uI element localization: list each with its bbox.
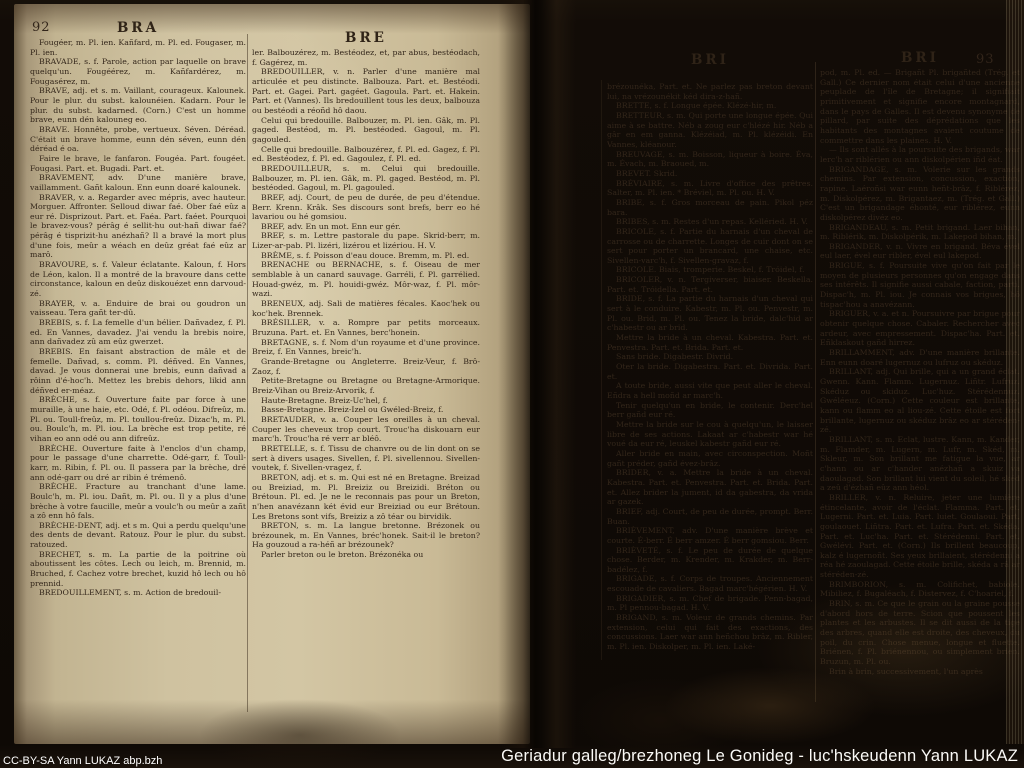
dictionary-entry: Tenir quelqu'un en bride, le contenir. D… — [607, 401, 813, 420]
dictionary-entry: Oter la bride. Digabestra. Part. et. Div… — [607, 362, 813, 381]
dictionary-entry: BREBIS, s. f. La femelle d'un bélier. Da… — [30, 318, 246, 347]
dictionary-entry: BRIN, s. m. Ce que le grain ou la graine… — [820, 599, 1020, 667]
dictionary-entry: BRILLAMMENT, adv. D'une manière brillant… — [820, 348, 1020, 367]
dictionary-entry: BRÈCHE-DENT, adj. et s m. Qui a perdu qu… — [30, 521, 246, 550]
dictionary-entry: BRIÈVEMENT, adv. D'une manière brève et … — [607, 526, 813, 545]
dictionary-entry: BRETAUDER, v. a. Couper les oreilles à u… — [252, 415, 480, 444]
dictionary-entry: BRETTEUR, s. m. Qui porte une longue épé… — [607, 111, 813, 150]
dictionary-entry: BRETON, adj. et s. m. Qui est né en Bret… — [252, 473, 480, 521]
dictionary-entry: Mettre la bride à un cheval. Kabestra. P… — [607, 333, 813, 352]
dictionary-entry: BRIMBORION, s. m. Colifichet, babiole. M… — [820, 580, 1020, 599]
dictionary-entry: Fougéer, m. Pl. ien. Kañfard, m. Pl. ed.… — [30, 38, 246, 57]
dictionary-entry: BRAVE, adj. et s. m. Vaillant, courageux… — [30, 86, 246, 125]
dictionary-entry: BRAYER, v. a. Enduire de brai ou goudron… — [30, 299, 246, 318]
dictionary-entry: BRÉVIAIRE, s. m. Livre d'office des prêt… — [607, 179, 813, 198]
dictionary-entry: BRETELLE, s. f. Tissu de chanvre ou de l… — [252, 444, 480, 473]
dictionary-entry: BREDOUILLER, v. n. Parler d'une manière … — [252, 67, 480, 115]
dictionary-entry: BRICOLER, v. n. Tergiverser, biaiser. Be… — [607, 275, 813, 294]
dictionary-entry: Haute-Bretagne. Breiz-Uc'hel, f. — [252, 396, 480, 406]
dictionary-entry: BREDOUILLEUR, s. m. Celui qui bredouille… — [252, 164, 480, 193]
dictionary-entry: Brin à brin, successivement, l'un après — [820, 667, 1020, 677]
dictionary-entry: BREDOUILLEMENT, s. m. Action de bredouil… — [30, 588, 246, 598]
dictionary-entry: BRICOLE. Biais, tromperie. Beskel, f. Tr… — [607, 265, 813, 275]
dictionary-entry: BRIÈVETÉ, s. f. Le peu de durée de quelq… — [607, 546, 813, 575]
text-column-1: Fougéer, m. Pl. ien. Kañfard, m. Pl. ed.… — [30, 38, 246, 730]
dictionary-entry: BRIGUE, s. f. Poursuite vive qu'on fait … — [820, 261, 1020, 309]
dictionary-entry: BRIGANDEAU, s. m. Petit brigand. Laer bi… — [820, 223, 1020, 242]
dictionary-entry: Parler breton ou le breton. Brézonéka ou — [252, 550, 480, 560]
dictionary-entry: BRIGANDER, v. n. Vivre en brigand. Béva … — [820, 242, 1020, 261]
dictionary-entry: BRAVEMENT, adv. D'une manière brave, vai… — [30, 173, 246, 192]
dictionary-entry: BRENACHE ou BERNACHE, s. f. Oiseau de me… — [252, 260, 480, 299]
dictionary-entry: BRILLANT, s. m. Eclat, lustre. Kann, m. … — [820, 435, 1020, 493]
column-divider — [247, 34, 248, 712]
dictionary-entry: BRÈCHE, s. f. Ouverture faite par force … — [30, 395, 246, 443]
dictionary-entry: BRIGANDAGE, s. m. Volerie sur les grands… — [820, 165, 1020, 223]
dictionary-entry: Celui qui bredouille. Balbouzer, m. Pl. … — [252, 116, 480, 145]
column-edge-rule — [601, 80, 602, 660]
dictionary-entry: Basse-Bretagne. Breiz-Izel ou Gwéled-Bre… — [252, 405, 480, 415]
dictionary-entry: BREF, s. m. Lettre pastorale du pape. Sk… — [252, 231, 480, 250]
dictionary-entry: BRECHET, s. m. La partie de la poitrine … — [30, 550, 246, 589]
dictionary-entry: BRETTE, s. f. Longue épée. Klézé-hir, m. — [607, 101, 813, 111]
dictionary-entry: ler. Balbouzérez, m. Bestéodez, et, par … — [252, 48, 480, 67]
dictionary-entry: Aller bride en main, avec circonspection… — [607, 449, 813, 468]
dictionary-entry: BRAVE. Honnête, probe, vertueux. Séven. … — [30, 125, 246, 154]
dictionary-entry: A toute bride, aussi vite que peut aller… — [607, 381, 813, 400]
right-page: BRI BRI 93 brézounéka, Part. et. Ne parl… — [538, 0, 1020, 744]
column-divider — [815, 62, 816, 702]
dictionary-entry: BRETON, s. m. La langue bretonne. Brézon… — [252, 521, 480, 550]
dictionary-entry: BRAVOURE, s. f. Valeur éclatante. Kaloun… — [30, 260, 246, 299]
dictionary-entry: Grande-Bretagne ou Angleterre. Breiz-Veu… — [252, 357, 480, 376]
left-page: 92 BRA BRE Fougéer, m. Pl. ien. Kañfard,… — [14, 4, 530, 744]
dictionary-entry: BRÉSILLER, v. a. Rompre par petits morce… — [252, 318, 480, 337]
dictionary-entry: Petite-Bretagne ou Bretagne ou Bretagne-… — [252, 376, 480, 395]
dictionary-entry: BRIGADIER, s. m. Chef de brigade. Penn-b… — [607, 594, 813, 613]
dictionary-entry: BREVET. Skrid. — [607, 169, 813, 179]
page-number-right: 93 — [976, 52, 995, 67]
text-column-4: pod, m. Pl. ed. — Brigañt Pl. brigañted … — [820, 68, 1020, 680]
dictionary-entry: BREF, adv. En un mot. Enn eur gér. — [252, 222, 480, 232]
dictionary-entry: Faire le brave, le fanfaron. Fougéa. Par… — [30, 154, 246, 173]
dictionary-entry: BRÈCHE. Fracture au tranchant d'une lame… — [30, 482, 246, 521]
dictionary-entry: BRIGADE, s. f. Corps de troupes. Ancienn… — [607, 574, 813, 593]
title-caption: Geriadur galleg/brezhoneg Le Gonideg - l… — [501, 747, 1018, 766]
dictionary-entry: BREUVAGE, s. m. Boisson, liqueur à boire… — [607, 150, 813, 169]
dictionary-entry: pod, m. Pl. ed. — Brigañt Pl. brigañted … — [820, 68, 1020, 145]
dictionary-entry: brézounéka, Part. et. Ne parlez pas bret… — [607, 82, 813, 101]
running-head-bra: BRA — [30, 20, 246, 36]
dictionary-entry: BRETAGNE, s. f. Nom d'un royaume et d'un… — [252, 338, 480, 357]
dictionary-entry: BRIGUER, v. a. et n. Poursuivre par brig… — [820, 309, 1020, 348]
dictionary-entry: BRÈME, s. f. Poisson d'eau douce. Bremm,… — [252, 251, 480, 261]
dictionary-entry: Celle qui bredouille. Balbouzérez, f. Pl… — [252, 145, 480, 164]
dictionary-entry: BRILLANT, adj. Qui brille, qui a un gran… — [820, 367, 1020, 435]
dictionary-entry: BREF, adj. Court, de peu de durée, de pe… — [252, 193, 480, 222]
text-column-2: ler. Balbouzérez, m. Bestéodez, et, par … — [252, 48, 480, 730]
dictionary-entry: BRIBES, s. m. Restes d'un repas. Kelléri… — [607, 217, 813, 227]
text-column-3: brézounéka, Part. et. Ne parlez pas bret… — [607, 82, 813, 706]
dictionary-entry: BRIEF, adj. Court, de peu de durée, prom… — [607, 507, 813, 526]
dictionary-entry: BRILLER, v. n. Reluire, jeter une lumièr… — [820, 493, 1020, 580]
dictionary-entry: Mettre la bride sur le cou à quelqu'un, … — [607, 420, 813, 449]
dictionary-entry: BRIDE, s. f. La partie du harnais d'un c… — [607, 294, 813, 333]
running-head-bre: BRE — [252, 30, 480, 46]
running-head-bri-1: BRI — [607, 52, 813, 68]
dictionary-entry: Sans bride. Digabestr. Divrid. — [607, 352, 813, 362]
dictionary-entry: BREBIS. En faisant abstraction de mâle e… — [30, 347, 246, 395]
dictionary-entry: BRIBE, s. f. Gros morceau de pain. Pikol… — [607, 198, 813, 217]
book-photo: 92 BRA BRE Fougéer, m. Pl. ien. Kañfard,… — [0, 0, 1024, 768]
dictionary-entry: BRICOLE, s. f. Partie du harnais d'un ch… — [607, 227, 813, 266]
license-caption: CC-BY-SA Yann LUKAZ abp.bzh — [3, 755, 162, 767]
dictionary-entry: BRAVADE, s. f. Parole, action par laquel… — [30, 57, 246, 86]
dictionary-entry: BRENEUX, adj. Sali de matières fécales. … — [252, 299, 480, 318]
dictionary-entry: BRIDER, v. a. Mettre la bride à un cheva… — [607, 468, 813, 507]
dictionary-entry: — Ils sont allés à la poursuite des brig… — [820, 145, 1020, 164]
dictionary-entry: BRAVER, v. a. Regarder avec mépris, avec… — [30, 193, 246, 261]
dictionary-entry: BRÈCHE. Ouverture faite à l'enclos d'un … — [30, 444, 246, 483]
dictionary-entry: BRIGAND, s. m. Voleur de grands chemins.… — [607, 613, 813, 652]
